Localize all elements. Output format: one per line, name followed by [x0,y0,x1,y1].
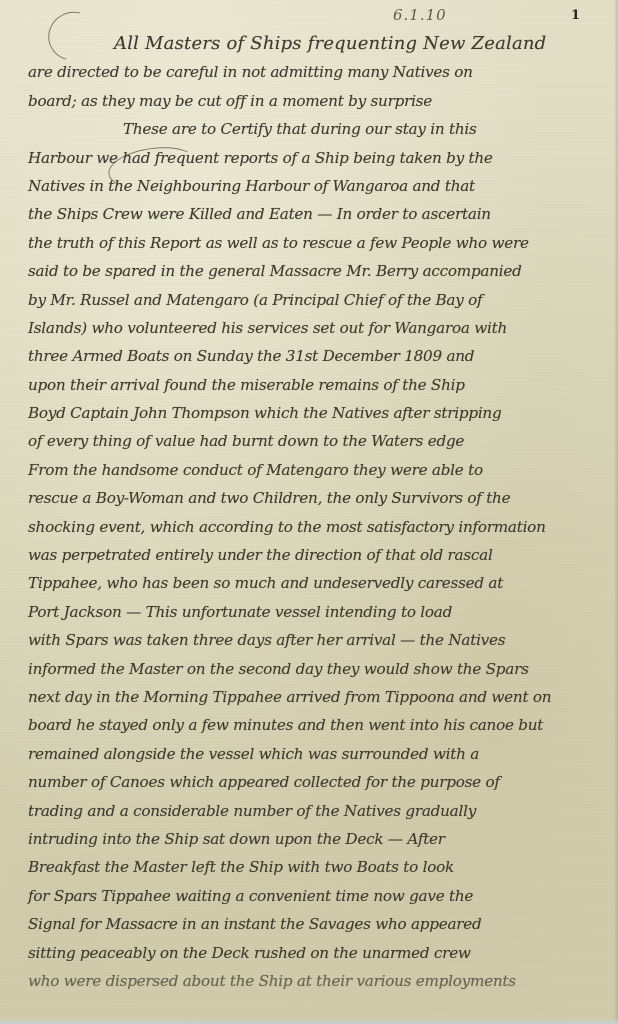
certificate-line: board he stayed only a few minutes and t… [28,711,614,739]
certificate-line: of every thing of value had burnt down t… [28,427,614,455]
certificate-line: remained alongside the vessel which was … [28,740,614,768]
certificate-line: Boyd Captain John Thompson which the Nat… [28,399,614,427]
certificate-line: intruding into the Ship sat down upon th… [28,825,614,853]
certificate-line: rescue a Boy-Woman and two Children, the… [28,484,614,512]
certificate-line: These are to Certify that during our sta… [28,115,614,143]
certificate-line: three Armed Boats on Sunday the 31st Dec… [28,342,614,370]
manuscript-text: All Masters of Ships frequenting New Zea… [28,30,614,995]
certificate-line: next day in the Morning Tippahee arrived… [28,683,614,711]
certificate-line: upon their arrival found the miserable r… [28,371,614,399]
notice-line: board; as they may be cut off in a momen… [28,87,614,115]
certificate-line: Harbour we had frequent reports of a Shi… [28,144,614,172]
certificate-line: Islands) who volunteered his services se… [28,314,614,342]
notice-line: are directed to be careful in not admitt… [28,58,614,86]
certificate-line: said to be spared in the general Massacr… [28,257,614,285]
certificate-line: who were dispersed about the Ship at the… [28,967,614,995]
certificate-line: trading and a considerable number of the… [28,797,614,825]
archive-reference-number: 6.1.10 [393,6,447,24]
certificate-line: the truth of this Report as well as to r… [28,229,614,257]
certificate-line: with Spars was taken three days after he… [28,626,614,654]
certificate-line: by Mr. Russel and Matengaro (a Principal… [28,286,614,314]
certificate-line: sitting peaceably on the Deck rushed on … [28,939,614,967]
certificate-line: shocking event, which according to the m… [28,513,614,541]
certificate-line: Tippahee, who has been so much and undes… [28,569,614,597]
manuscript-page: 6.1.10 1 All Masters of Ships frequentin… [0,0,618,1024]
certificate-line: Signal for Massacre in an instant the Sa… [28,910,614,938]
certificate-line: the Ships Crew were Killed and Eaten — I… [28,200,614,228]
paper-edge [614,0,618,1024]
certificate-line: Breakfast the Master left the Ship with … [28,853,614,881]
certificate-line: From the handsome conduct of Matengaro t… [28,456,614,484]
certificate-line: was perpetrated entirely under the direc… [28,541,614,569]
certificate-line: for Spars Tippahee waiting a convenient … [28,882,614,910]
page-number: 1 [571,8,580,23]
notice-line: All Masters of Ships frequenting New Zea… [28,30,614,58]
certificate-line: Port Jackson — This unfortunate vessel i… [28,598,614,626]
certificate-line: Natives in the Neighbouring Harbour of W… [28,172,614,200]
certificate-line: number of Canoes which appeared collecte… [28,768,614,796]
certificate-line: informed the Master on the second day th… [28,655,614,683]
